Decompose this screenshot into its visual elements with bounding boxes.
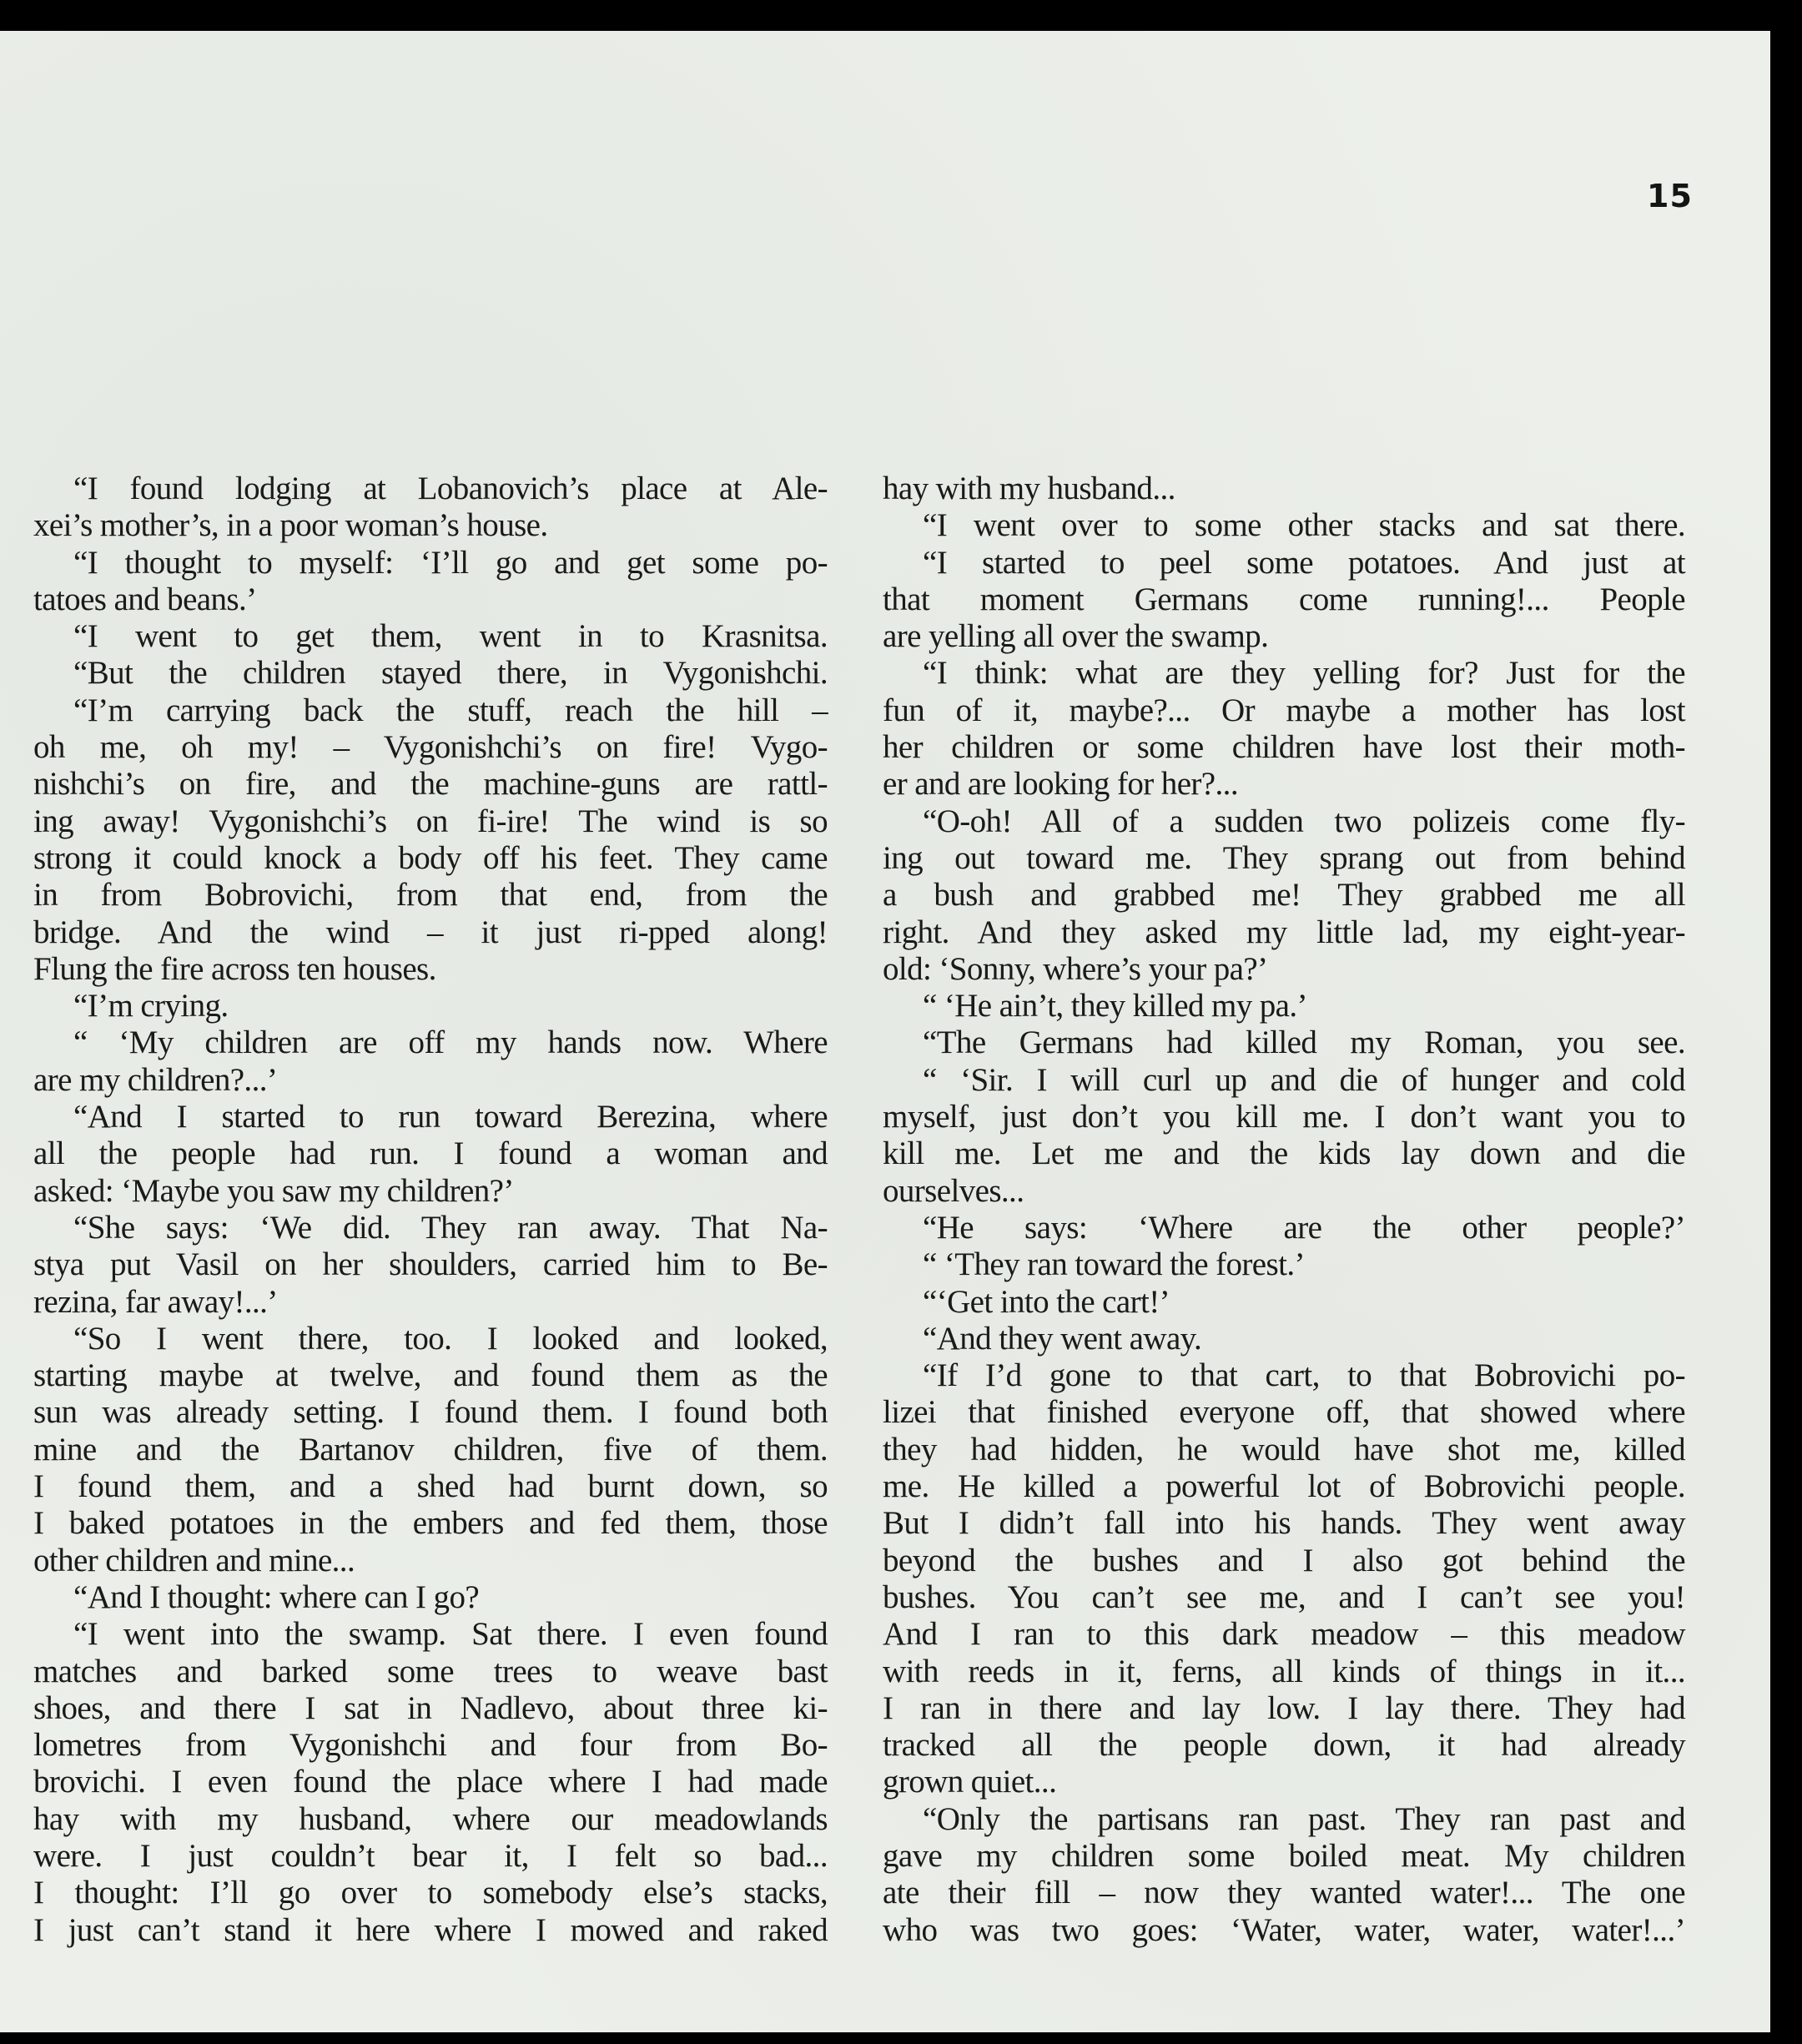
text-line: gave my children some boiled meat. My ch… (883, 1838, 1685, 1875)
text-line: myself, just don’t you kill me. I don’t … (883, 1099, 1685, 1135)
text-line: “I’m carrying back the stuff, reach the … (33, 692, 828, 729)
text-line: that moment Germans come running!... Peo… (883, 581, 1685, 618)
text-line: her children or some children have lost … (883, 729, 1685, 766)
text-line: bushes. You can’t see me, and I can’t se… (883, 1579, 1685, 1616)
text-line: matches and barked some trees to weave b… (33, 1654, 828, 1690)
text-line: “I think: what are they yelling for? Jus… (883, 655, 1685, 692)
text-line: “I started to peel some potatoes. And ju… (883, 545, 1685, 581)
text-line: I found them, and a shed had burnt down,… (33, 1468, 828, 1505)
text-line: “And I thought: where can I go? (33, 1579, 828, 1616)
text-line: brovichi. I even found the place where I… (33, 1764, 828, 1800)
text-line: “I found lodging at Lobanovich’s place a… (33, 471, 828, 507)
text-line: right. And they asked my little lad, my … (883, 914, 1685, 951)
text-line: “If I’d gone to that cart, to that Bobro… (883, 1357, 1685, 1394)
text-line: “ ‘He ain’t, they killed my pa.’ (883, 988, 1685, 1025)
text-line: “So I went there, too. I looked and look… (33, 1321, 828, 1357)
text-line: beyond the bushes and I also got behind … (883, 1543, 1685, 1579)
text-line: tatoes and beans.’ (33, 581, 828, 618)
text-line: nishchi’s on fire, and the machine-guns … (33, 766, 828, 803)
book-page: 15 “I found lodging at Lobanovich’s plac… (0, 31, 1770, 2032)
text-line: “ ‘My children are off my hands now. Whe… (33, 1025, 828, 1061)
text-line: ing out toward me. They sprang out from … (883, 840, 1685, 877)
text-line: “And they went away. (883, 1321, 1685, 1357)
text-line: “I went to get them, went in to Krasnits… (33, 618, 828, 655)
text-line: “She says: ‘We did. They ran away. That … (33, 1210, 828, 1246)
text-line: asked: ‘Maybe you saw my children?’ (33, 1173, 828, 1210)
text-line: starting maybe at twelve, and found them… (33, 1357, 828, 1394)
text-line: “The Germans had killed my Roman, you se… (883, 1025, 1685, 1061)
text-line: strong it could knock a body off his fee… (33, 840, 828, 877)
text-line: me. He killed a powerful lot of Bobrovic… (883, 1468, 1685, 1505)
page-number: 15 (1647, 178, 1693, 214)
text-line: who was two goes: ‘Water, water, water, … (883, 1912, 1685, 1949)
text-line: are yelling all over the swamp. (883, 618, 1685, 655)
text-line: And I ran to this dark meadow – this mea… (883, 1616, 1685, 1653)
text-column-right: hay with my husband...“I went over to so… (883, 471, 1685, 1949)
text-line: “ ‘Sir. I will curl up and die of hunger… (883, 1062, 1685, 1099)
text-line: But I didn’t fall into his hands. They w… (883, 1505, 1685, 1542)
text-line: were. I just couldn’t bear it, I felt so… (33, 1838, 828, 1875)
text-line: rezina, far away!...’ (33, 1284, 828, 1321)
text-line: other children and mine... (33, 1543, 828, 1579)
text-line: Flung the fire across ten houses. (33, 951, 828, 988)
text-line: I just can’t stand it here where I mowed… (33, 1912, 828, 1949)
text-line: kill me. Let me and the kids lay down an… (883, 1135, 1685, 1172)
text-line: hay with my husband... (883, 471, 1685, 507)
text-line: are my children?...’ (33, 1062, 828, 1099)
text-line: hay with my husband, where our meadowlan… (33, 1801, 828, 1838)
text-line: sun was already setting. I found them. I… (33, 1394, 828, 1431)
text-line: “O-oh! All of a sudden two polizeis come… (883, 803, 1685, 840)
text-line: fun of it, maybe?... Or maybe a mother h… (883, 692, 1685, 729)
text-line: mine and the Bartanov children, five of … (33, 1432, 828, 1468)
text-line: “I thought to myself: ‘I’ll go and get s… (33, 545, 828, 581)
text-line: with reeds in it, ferns, all kinds of th… (883, 1654, 1685, 1690)
text-line: er and are looking for her?... (883, 766, 1685, 803)
text-line: “And I started to run toward Berezina, w… (33, 1099, 828, 1135)
text-line: a bush and grabbed me! They grabbed me a… (883, 877, 1685, 914)
text-line: “I’m crying. (33, 988, 828, 1025)
text-line: “He says: ‘Where are the other people?’ (883, 1210, 1685, 1246)
text-line: I ran in there and lay low. I lay there.… (883, 1690, 1685, 1727)
text-line: stya put Vasil on her shoulders, carried… (33, 1246, 828, 1283)
text-column-left: “I found lodging at Lobanovich’s place a… (33, 471, 828, 1949)
text-line: grown quiet... (883, 1764, 1685, 1800)
text-line: “Only the partisans ran past. They ran p… (883, 1801, 1685, 1838)
text-line: “‘Get into the cart!’ (883, 1284, 1685, 1321)
text-line: xei’s mother’s, in a poor woman’s house. (33, 507, 828, 544)
text-line: old: ‘Sonny, where’s your pa?’ (883, 951, 1685, 988)
text-line: I baked potatoes in the embers and fed t… (33, 1505, 828, 1542)
text-line: they had hidden, he would have shot me, … (883, 1432, 1685, 1468)
text-line: bridge. And the wind – it just ri-pped a… (33, 914, 828, 951)
text-line: “ ‘They ran toward the forest.’ (883, 1246, 1685, 1283)
text-line: oh me, oh my! – Vygonishchi’s on fire! V… (33, 729, 828, 766)
text-line: “I went into the swamp. Sat there. I eve… (33, 1616, 828, 1653)
text-line: in from Bobrovichi, from that end, from … (33, 877, 828, 914)
text-line: all the people had run. I found a woman … (33, 1135, 828, 1172)
text-line: tracked all the people down, it had alre… (883, 1727, 1685, 1764)
text-line: I thought: I’ll go over to somebody else… (33, 1875, 828, 1911)
text-line: ing away! Vygonishchi’s on fi-ire! The w… (33, 803, 828, 840)
text-line: lometres from Vygonishchi and four from … (33, 1727, 828, 1764)
text-line: “I went over to some other stacks and sa… (883, 507, 1685, 544)
text-line: “But the children stayed there, in Vygon… (33, 655, 828, 692)
text-line: ate their fill – now they wanted water!.… (883, 1875, 1685, 1911)
text-line: ourselves... (883, 1173, 1685, 1210)
text-line: lizei that finished everyone off, that s… (883, 1394, 1685, 1431)
text-line: shoes, and there I sat in Nadlevo, about… (33, 1690, 828, 1727)
